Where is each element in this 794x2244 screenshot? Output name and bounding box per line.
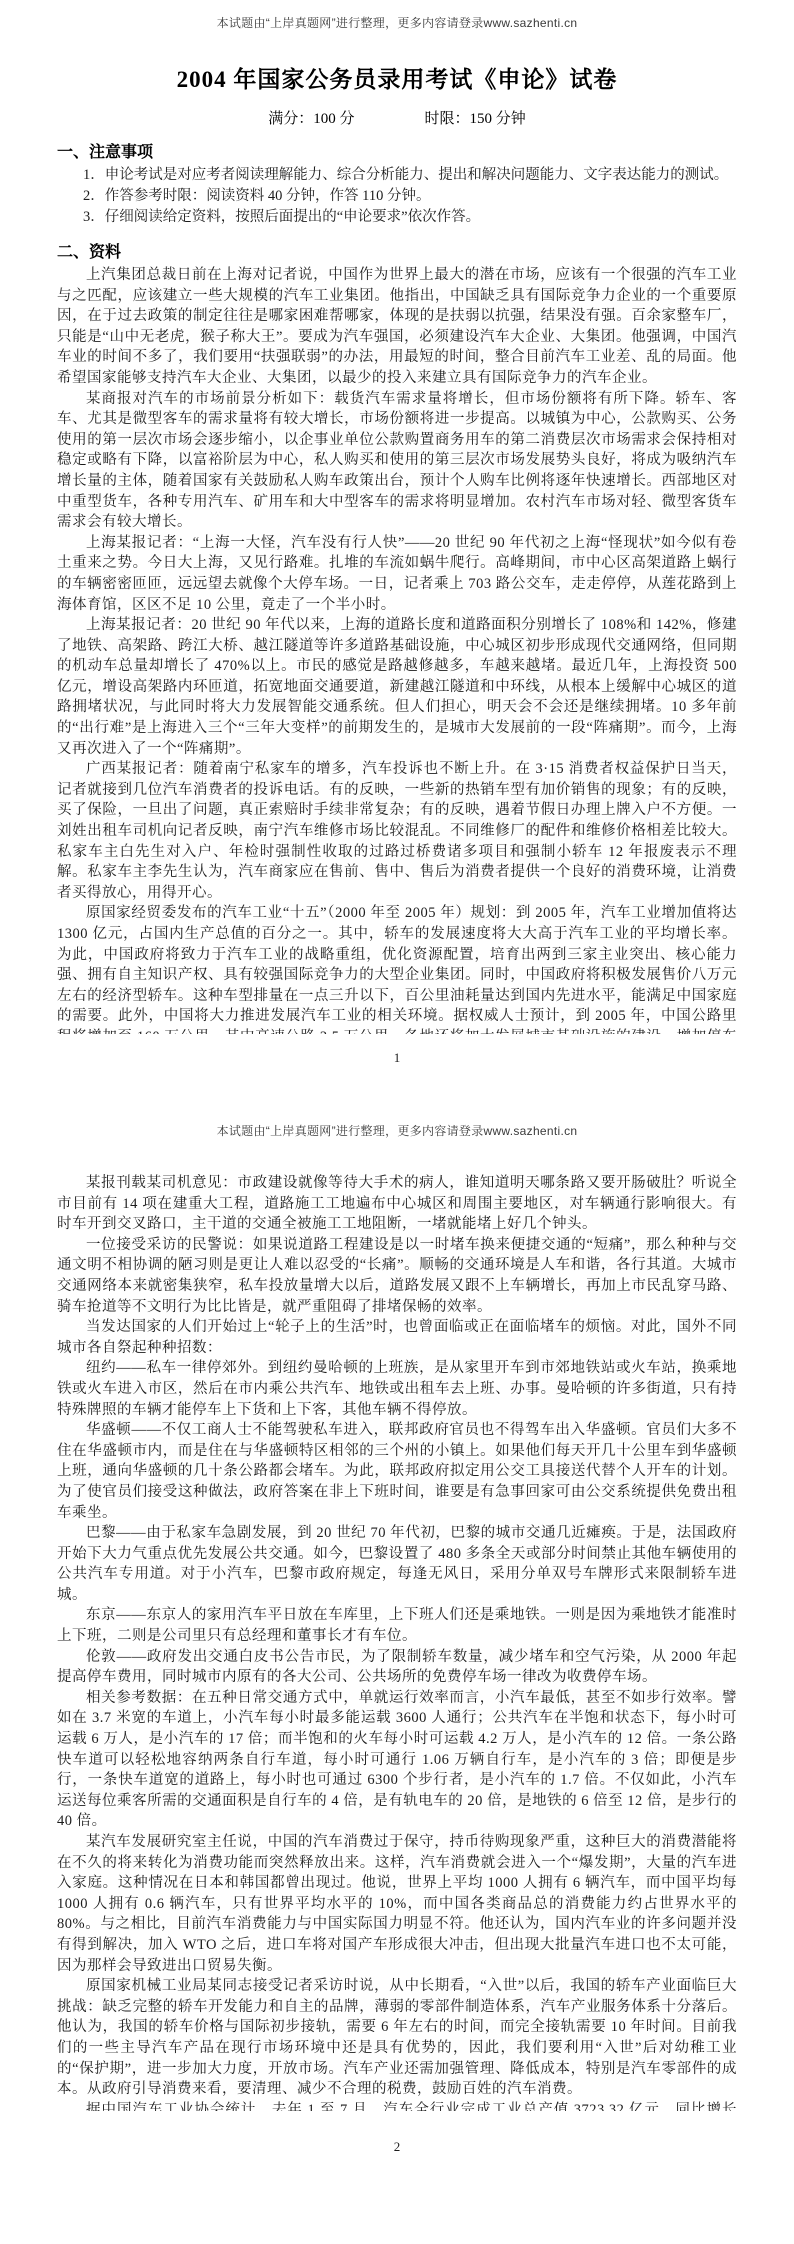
paragraph: 东京——东京人的家用汽车平日放在车库里，上下班人们还是乘地铁。一则是因为乘地铁才… [57, 1605, 737, 1646]
paragraph: 广西某报记者：随着南宁私家车的增多，汽车投诉也不断上升。在 3·15 消费者权益… [57, 759, 737, 903]
paragraph: 华盛顿——不仅工商人士不能驾驶私车进入，联邦政府官员也不得驾车出入华盛顿。官员们… [57, 1420, 737, 1523]
page-2: 某报刊载某司机意见：市政建设就像等待大手术的病人，谁知道明天哪条路又要开肠破肚？… [57, 1173, 737, 2111]
source-banner: 本试题由“上岸真题网”进行整理，更多内容请登录www.sazhenti.cn [57, 1066, 737, 1139]
section-notes-heading: 一、注意事项 [57, 139, 737, 162]
source-banner: 本试题由“上岸真题网”进行整理，更多内容请登录www.sazhenti.cn [57, 0, 737, 31]
paragraph: 原国家经贸委发布的汽车工业“十五”（2000 年至 2005 年）规划：到 20… [57, 903, 737, 1034]
paragraph: 相关参考数据：在五种日常交通方式中，单就运行效率而言，小汽车最低，甚至不如步行效… [57, 1688, 737, 1832]
paragraph: 某汽车发展研究室主任说，中国的汽车消费过于保守，持币待购现象严重，这种巨大的消费… [57, 1832, 737, 1976]
page-1: 本试题由“上岸真题网”进行整理，更多内容请登录www.sazhenti.cn 2… [57, 0, 737, 1034]
note-item: 2．作答参考时限：阅读资料 40 分钟，作答 110 分钟。 [57, 186, 737, 207]
paragraph: 一位接受采访的民警说：如果说道路工程建设是以一时堵车换来便捷交通的“短痛”，那么… [57, 1235, 737, 1317]
paragraph: 伦敦——政府发出交通白皮书公告市民，为了限制轿车数量，减少堵车和空气污染，从 2… [57, 1647, 737, 1688]
document-content: 本试题由“上岸真题网”进行整理，更多内容请登录www.sazhenti.cn 2… [0, 0, 794, 2155]
note-item: 1．申论考试是对应考者阅读理解能力、综合分析能力、提出和解决问题能力、文字表达能… [57, 165, 737, 186]
paragraph: 某报刊载某司机意见：市政建设就像等待大手术的病人，谁知道明天哪条路又要开肠破肚？… [57, 1173, 737, 1235]
exam-meta: 满分：100 分 时限：150 分钟 [57, 107, 737, 128]
note-item: 3．仔细阅读给定资料，按照后面提出的“申论要求”依次作答。 [57, 207, 737, 228]
time-limit-label: 时限：150 分钟 [425, 107, 526, 128]
full-score-label: 满分：100 分 [268, 107, 354, 128]
document-sheet: 本试题由“上岸真题网”进行整理，更多内容请登录www.sazhenti.cn 2… [0, 0, 794, 2244]
section-materials-heading: 二、资料 [57, 239, 737, 262]
paragraph: 当发达国家的人们开始过上“轮子上的生活”时，也曾面临或正在面临堵车的烦恼。对此，… [57, 1317, 737, 1358]
paragraph: 上海某报记者：20 世纪 90 年代以来，上海的道路长度和道路面积分别增长了 1… [57, 615, 737, 759]
paragraph: 上汽集团总裁日前在上海对记者说，中国作为世界上最大的潜在市场，应该有一个很强的汽… [57, 265, 737, 389]
paragraph: 原国家机械工业局某同志接受记者采访时说，从中长期看，“入世”以后，我国的轿车产业… [57, 1976, 737, 2100]
paragraph: 上海某报记者：“上海一大怪，汽车没有行人快”——20 世纪 90 年代初之上海“… [57, 533, 737, 615]
paragraph: 巴黎——由于私家车急剧发展，到 20 世纪 70 年代初，巴黎的城市交通几近瘫痪… [57, 1523, 737, 1605]
page-number: 1 [57, 1050, 737, 1066]
paragraph: 纽约——私车一律停郊外。到纽约曼哈顿的上班族，是从家里开车到市郊地铁站或火车站，… [57, 1358, 737, 1420]
paragraph: 某商报对汽车的市场前景分析如下：载货汽车需求量将增长，但市场份额将有所下降。轿车… [57, 389, 737, 533]
page-number: 2 [57, 2139, 737, 2155]
paragraph: 据中国汽车工业协会统计，去年 1 至 7 月，汽车全行业完成工业总产值 3723… [57, 2100, 737, 2111]
page-title: 2004 年国家公务员录用考试《申论》试卷 [57, 65, 737, 95]
